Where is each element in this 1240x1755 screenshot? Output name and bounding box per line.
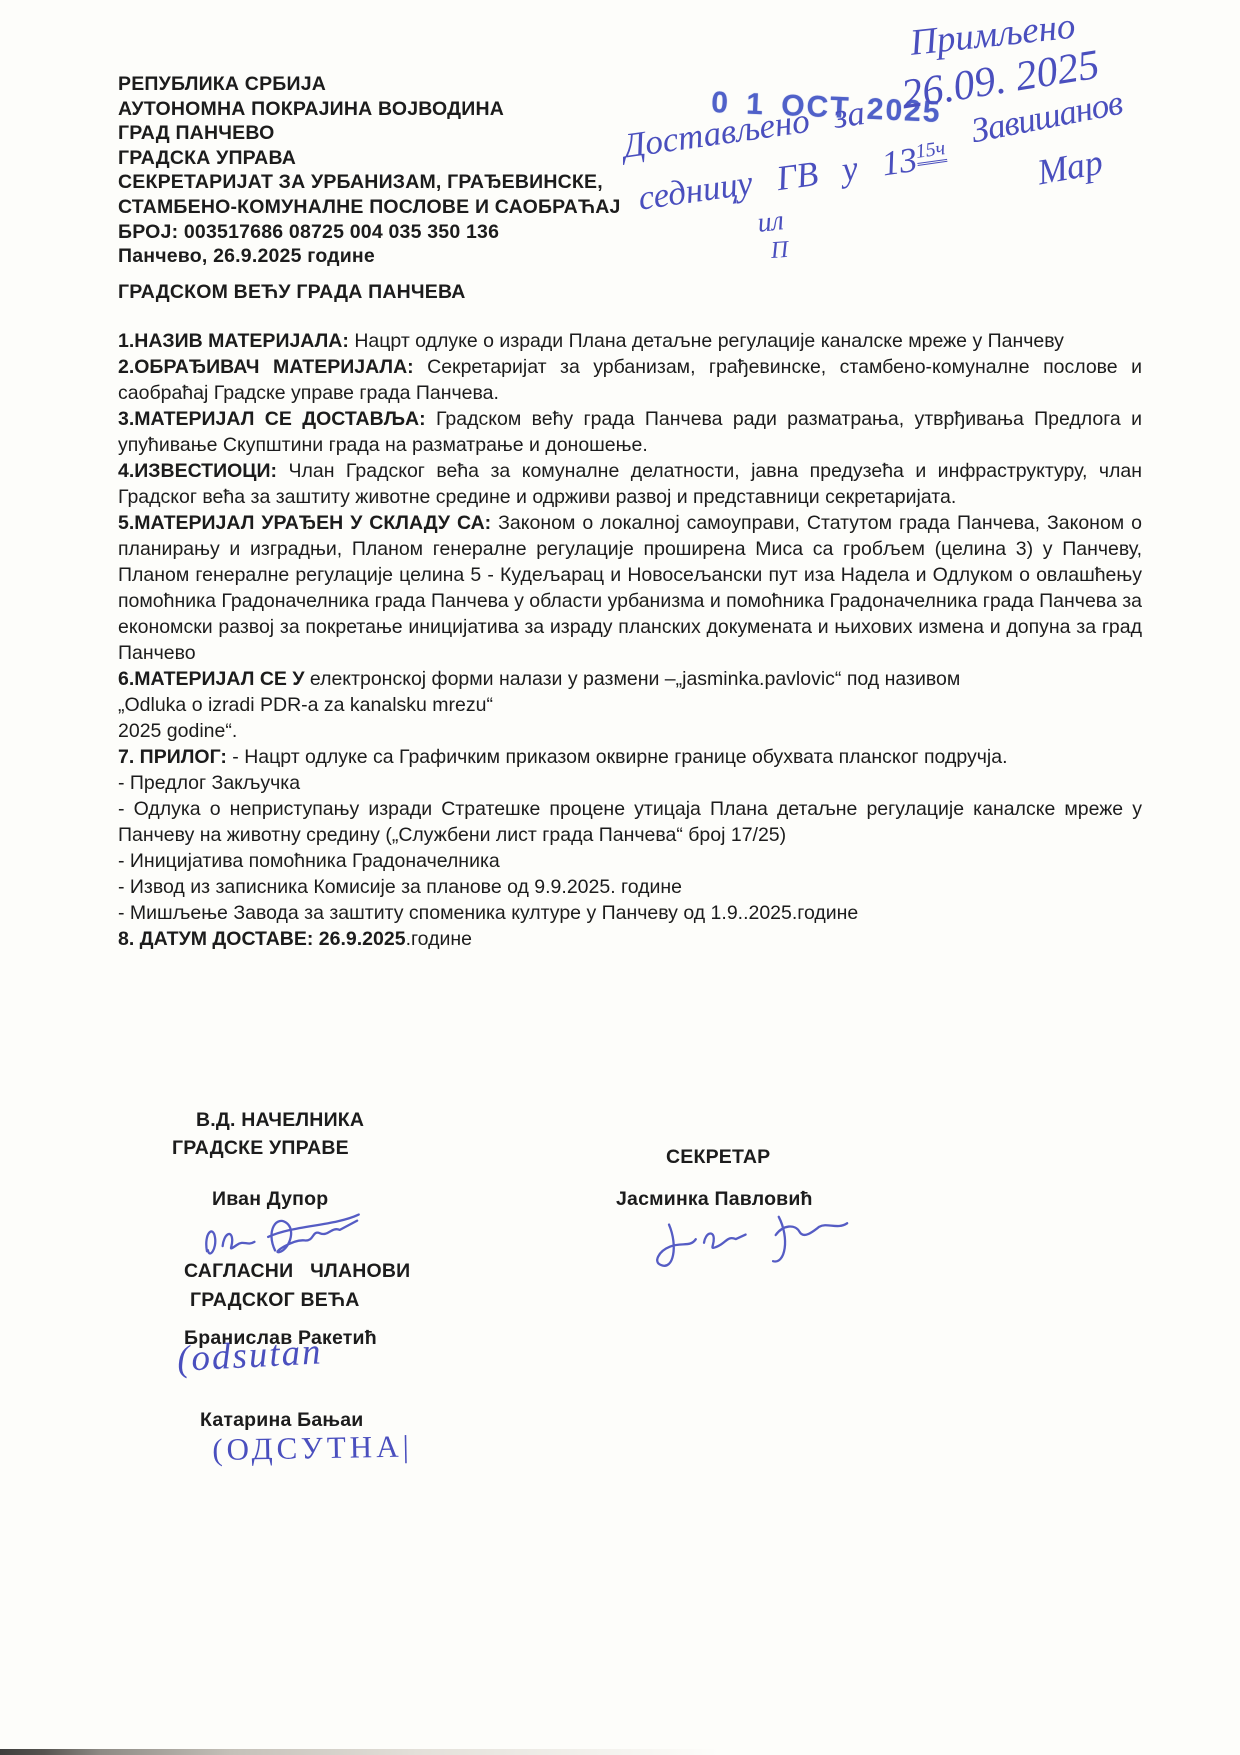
paragraph-text: .године: [406, 928, 472, 950]
paragraph-label: 1.НАЗИВ МАТЕРИЈАЛА:: [118, 330, 349, 352]
paragraph-izvestioci: 4.ИЗВЕСТИОЦИ: Члан Градског већа за кому…: [118, 458, 1142, 510]
paragraph-text: 2025 godine“.: [118, 720, 237, 742]
handwritten-absent-note-member2: (ОДСУТНА|: [212, 1429, 413, 1468]
paragraph-datum-dostave: 8. ДАТУМ ДОСТАВЕ: 26.9.2025.године: [118, 926, 1142, 952]
paragraph-label: 8. ДАТУМ ДОСТАВЕ: 26.9.2025: [118, 928, 406, 950]
letterhead: РЕПУБЛИКА СРБИЈА АУТОНОМНА ПОКРАЈИНА ВОЈ…: [118, 72, 621, 269]
paragraph-label: 6.МАТЕРИЈАЛ СЕ У: [118, 668, 304, 690]
letterhead-line: ГРАД ПАНЧЕВО: [118, 121, 621, 146]
letterhead-line: АУТОНОМНА ПОКРАЈИНА ВОЈВОДИНА: [118, 97, 621, 122]
handwritten-initials: П: [770, 237, 789, 265]
member-name-katarina-banjai: Катарина Бањаи: [200, 1409, 364, 1432]
document-body: 1.НАЗИВ МАТЕРИЈАЛА: Нацрт одлуке о израд…: [118, 328, 1142, 952]
paragraph-materijal-forma: 6.МАТЕРИЈАЛ СЕ У електронској форми нала…: [118, 666, 1142, 692]
signer-title-nacelnik-line2: ГРАДСКЕ УПРАВЕ: [172, 1137, 349, 1160]
attachment-line: - Извод из записника Комисије за планове…: [118, 874, 1142, 900]
paragraph-label: 7. ПРИЛОГ:: [118, 746, 227, 768]
paragraph-text: електронској форми налази у размени –„ja…: [310, 668, 960, 690]
consent-members-line2: ГРАДСКОГ ВЕЋА: [190, 1289, 360, 1312]
handwritten-absent-note-member1: (odsutan: [176, 1330, 324, 1381]
paragraph-dostavlja: 3.МАТЕРИЈАЛ СЕ ДОСТАВЉА: Градском већу г…: [118, 406, 1142, 458]
letterhead-line: РЕПУБЛИКА СРБИЈА: [118, 72, 621, 97]
paragraph-skladu-sa: 5.МАТЕРИЈАЛ УРАЂЕН У СКЛАДУ СА: Законом …: [118, 510, 1142, 666]
paragraph-text: Законом о локалној самоуправи, Статутом …: [118, 512, 1142, 664]
paragraph-text: „Odluka o izradi PDR-a za kanalsku mrezu…: [118, 694, 493, 716]
paragraph-label: 5.МАТЕРИЈАЛ УРАЂЕН У СКЛАДУ СА:: [118, 512, 491, 534]
handwritten-initials: ил: [756, 205, 785, 240]
attachment-line: - Предлог Закључка: [118, 770, 1142, 796]
scan-artifact: [0, 1749, 719, 1755]
paragraph-obradjivac: 2.ОБРАЂИВАЧ МАТЕРИЈАЛА: Секретаријат за …: [118, 354, 1142, 406]
signer-title-nacelnik-line1: В.Д. НАЧЕЛНИКА: [196, 1109, 364, 1132]
paragraph-text: Нацрт одлуке о изради Плана детаљне регу…: [354, 330, 1064, 352]
letterhead-line: Панчево, 26.9.2025 године: [118, 244, 621, 269]
paragraph-naziv: 1.НАЗИВ МАТЕРИЈАЛА: Нацрт одлуке о израд…: [118, 328, 1142, 354]
letterhead-line: СЕКРЕТАРИЈАТ ЗА УРБАНИЗАМ, ГРАЂЕВИНСКЕ,: [118, 170, 621, 195]
addressee-line: ГРАДСКОМ ВЕЋУ ГРАДА ПАНЧЕВА: [118, 281, 466, 304]
consent-members-line1: САГЛАСНИ ЧЛАНОВИ: [184, 1260, 410, 1283]
letterhead-line: ГРАДСКА УПРАВА: [118, 146, 621, 171]
scanned-document-page: РЕПУБЛИКА СРБИЈА АУТОНОМНА ПОКРАЈИНА ВОЈ…: [0, 0, 1240, 1755]
letterhead-line: БРОЈ: 003517686 08725 004 035 350 136: [118, 220, 621, 245]
paragraph-text: - Нацрт одлуке са Графичким приказом окв…: [232, 746, 1007, 768]
paragraph-label: 2.ОБРАЂИВАЧ МАТЕРИЈАЛА:: [118, 356, 414, 378]
attachment-line: - Иницијатива помоћника Градоначелника: [118, 848, 1142, 874]
handwritten-received-signature-flourish: Мар: [1034, 141, 1106, 194]
paragraph-label: 3.МАТЕРИЈАЛ СЕ ДОСТАВЉА:: [118, 408, 426, 430]
paragraph-label: 4.ИЗВЕСТИОЦИ:: [118, 460, 277, 482]
paragraph-prilog: 7. ПРИЛОГ: - Нацрт одлуке са Графичким п…: [118, 744, 1142, 770]
letterhead-line: СТАМБЕНО-КОМУНАЛНЕ ПОСЛОВЕ И САОБРАЋАЈ: [118, 195, 621, 220]
paragraph-godina: 2025 godine“.: [118, 718, 1142, 744]
attachment-line: - Мишљење Завода за заштиту споменика ку…: [118, 900, 1142, 926]
signer-title-sekretar: СЕКРЕТАР: [666, 1146, 770, 1169]
paragraph-odluka-naziv: „Odluka o izradi PDR-a za kanalsku mrezu…: [118, 692, 1142, 718]
attachment-line: - Одлука о неприступању изради Стратешке…: [118, 796, 1142, 848]
handwritten-delivered-note: Достављено за седницу ГВ у 1315ч: [620, 80, 949, 223]
signature-jasminka-pavlovic: [640, 1198, 874, 1285]
handwritten-time-superscript: 15ч: [914, 137, 947, 166]
